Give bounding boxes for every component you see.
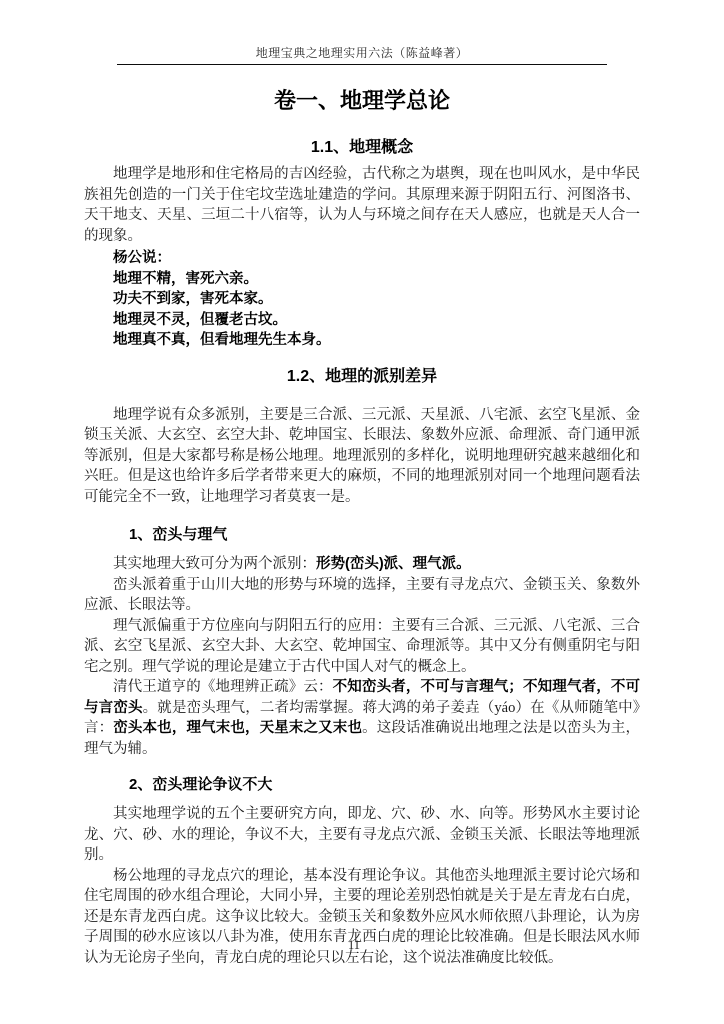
text-run-bold: 形势(峦头)派、理气派。 (316, 556, 471, 572)
quote-line: 功夫不到家，害死本家。 (113, 289, 640, 310)
header-rule (117, 64, 607, 65)
subsection-heading-luantou-liqi: 1、峦头与理气 (129, 525, 640, 545)
text-run: 清代王道亨的《地理辨正疏》云： (113, 679, 333, 695)
section-heading-1-1: 1.1、地理概念 (84, 138, 640, 158)
yang-gong-quote: 杨公说： 地理不精，害死六亲。 功夫不到家，害死本家。 地理灵不灵，但覆老古坟。… (113, 248, 640, 351)
subsection-heading-luantou-dispute: 2、峦头理论争议不大 (129, 775, 640, 795)
quote-line: 杨公说： (113, 248, 640, 269)
page-number: 11 (0, 938, 708, 953)
quote-line: 地理灵不灵，但覆老古坟。 (113, 310, 640, 331)
quote-line: 地理真不真，但看地理先生本身。 (113, 330, 640, 351)
paragraph-classic-quotes: 清代王道亨的《地理辨正疏》云：不知峦头者，不可与言理气；不知理气者，不可与言峦头… (84, 677, 640, 759)
page-content: 卷一、地理学总论 1.1、地理概念 地理学是地形和住宅格局的吉凶经验，古代称之为… (84, 88, 640, 968)
document-page: 地理宝典之地理实用六法（陈益峰著） 卷一、地理学总论 1.1、地理概念 地理学是… (0, 0, 724, 1024)
quote-line: 地理不精，害死六亲。 (113, 269, 640, 290)
running-header: 地理宝典之地理实用六法（陈益峰著） (0, 44, 724, 61)
section-heading-1-2: 1.2、地理的派别差异 (84, 367, 640, 387)
text-run-bold: 峦头本也，理气末也，天星末之又末也 (113, 720, 362, 736)
chapter-title: 卷一、地理学总论 (84, 88, 640, 114)
paragraph-luantou-school: 峦头派着重于山川大地的形势与环境的选择，主要有寻龙点穴、金锁玉关、象数外应派、长… (84, 575, 640, 616)
paragraph-geography-concept: 地理学是地形和住宅格局的吉凶经验，古代称之为堪舆，现在也叫风水，是中华民族祖先创… (84, 164, 640, 246)
paragraph-five-directions: 其实地理学说的五个主要研究方向，即龙、穴、砂、水、向等。形势风水主要讨论龙、穴、… (84, 804, 640, 866)
paragraph-liqi-school: 理气派偏重于方位座向与阴阳五行的应用：主要有三合派、三元派、八宅派、三合派、玄空… (84, 616, 640, 678)
paragraph-schools-overview: 地理学说有众多派别，主要是三合派、三元派、天星派、八宅派、玄空飞星派、金锁玉关派… (84, 405, 640, 508)
text-run: 其实地理大致可分为两个派别： (113, 556, 316, 572)
paragraph-two-schools: 其实地理大致可分为两个派别：形势(峦头)派、理气派。 (84, 554, 640, 575)
